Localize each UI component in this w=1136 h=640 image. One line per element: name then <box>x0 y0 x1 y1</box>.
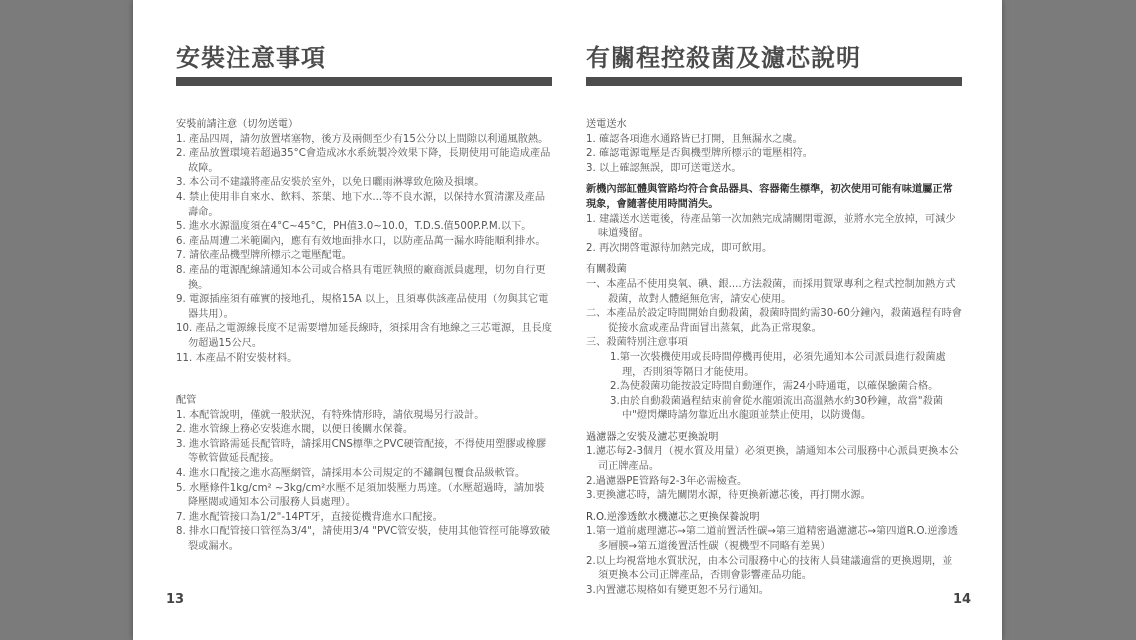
list-item: 5. 水壓條件1kg/cm² ~3kg/cm²水壓不足須加裝壓力馬達。（水壓超過… <box>176 482 552 511</box>
page-title: 安裝注意事項 <box>176 38 326 73</box>
title-divider <box>176 77 552 86</box>
page-title: 有關程控殺菌及濾芯說明 <box>586 38 861 73</box>
document-spread: 安裝注意事項 安裝前請注意（切勿送電） 1. 產品四周，請勿放置堵塞物，後方及兩… <box>133 0 1002 640</box>
section-heading: 安裝前請注意（切勿送電） <box>176 118 552 133</box>
list-item: 1. 本配管說明，僅就一般狀況，有特殊情形時，請依現場另行設計。 <box>176 409 552 424</box>
list-item: 2. 再次開啓電源待加熱完成，即可飲用。 <box>586 242 962 257</box>
list-item: 2. 進水管線上務必安裝進水閥，以便日後關水保養。 <box>176 423 552 438</box>
sub-list-item: 2.為使殺菌功能按設定時間自動運作，需24小時通電，以確保驗菌合格。 <box>586 380 962 395</box>
list-item: 3. 本公司不建議將產品安裝於室外，以免日曬雨淋導致危險及損壞。 <box>176 176 552 191</box>
list-item: 一、本產品不使用臭氧、碘、銀....方法殺菌，而採用賀眾專利之程式控制加熱方式殺… <box>586 278 962 307</box>
list-item: 9. 電源插座須有確實的接地孔，規格15A 以上，且須專供該產品使用（勿與其它電… <box>176 293 552 322</box>
sub-list-item: 3.由於自動殺菌過程結束前會從水龍頭流出高溫熱水約30秒鐘，故當"殺菌中"燈閃爍… <box>586 395 962 424</box>
list-item: 4. 禁止使用非自來水、飲料、茶葉、地下水...等不良水源，以保持水質清潔及產品… <box>176 191 552 220</box>
list-item: 2.過濾器PE管路每2-3年必需檢查。 <box>586 475 962 490</box>
section-heading: 有關殺菌 <box>586 263 962 278</box>
list-item: 7. 進水配管接口為1/2"-14PT牙，直接從機背進水口配接。 <box>176 511 552 526</box>
list-item: 二、本產品於設定時間開始自動殺菌，殺菌時間約需30-60分鐘內，殺菌過程有時會從… <box>586 307 962 336</box>
section-heading: R.O.逆滲透飲水機濾芯之更換保養說明 <box>586 511 962 526</box>
list-item: 3.內置濾芯規格如有變更恕不另行通知。 <box>586 584 962 599</box>
title-divider <box>586 77 962 86</box>
list-item: 8. 產品的電源配線請通知本公司或合格具有電匠執照的廠商派員處理，切勿自行更換。 <box>176 264 552 293</box>
page-content: 送電送水 1. 確認各項進水通路皆已打開，且無漏水之虞。 2. 確認電源電壓是否… <box>586 118 962 598</box>
list-item: 三、殺菌特別注意事項 <box>586 336 962 351</box>
page-number: 14 <box>953 592 971 607</box>
list-item: 11. 本產品不附安裝材料。 <box>176 352 552 367</box>
list-item: 5. 進水水源溫度須在4°C~45°C，PH值3.0~10.0，T.D.S.值5… <box>176 220 552 235</box>
list-item: 7. 請依產品機型牌所標示之電壓配電。 <box>176 249 552 264</box>
page-14: 有關程控殺菌及濾芯說明 送電送水 1. 確認各項進水通路皆已打開，且無漏水之虞。… <box>586 0 962 640</box>
list-item: 1. 產品四周，請勿放置堵塞物，後方及兩側至少有15公分以上間隙以利通風散熱。 <box>176 133 552 148</box>
sub-list-item: 1.第一次裝機使用或長時間停機再使用，必須先通知本公司派員進行殺菌處理，否則須等… <box>586 351 962 380</box>
list-item: 2.以上均視當地水質狀況，由本公司服務中心的技術人員建議適當的更換週期，並須更換… <box>586 555 962 584</box>
list-item: 8. 排水口配管接口管徑為3/4"，請使用3/4 "PVC管安裝，使用其他管徑可… <box>176 525 552 554</box>
list-item: 3.更換濾芯時，請先關閉水源，待更換新濾芯後，再打開水源。 <box>586 489 962 504</box>
list-item: 1.第一道前處理濾芯→第二道前置活性碳→第三道精密過濾濾芯→第四道R.O.逆滲透… <box>586 525 962 554</box>
page-13: 安裝注意事項 安裝前請注意（切勿送電） 1. 產品四周，請勿放置堵塞物，後方及兩… <box>176 0 552 640</box>
list-item: 4. 進水口配接之進水高壓網管，請採用本公司規定的不鏽鋼包覆食品級軟管。 <box>176 467 552 482</box>
section-heading: 送電送水 <box>586 118 962 133</box>
section-heading: 新機內部缸體與管路均符合食品器具、容器衛生標準，初次使用可能有味道屬正常現象，會… <box>586 183 962 212</box>
page-number: 13 <box>166 592 184 607</box>
list-item: 3. 以上確認無誤，即可送電送水。 <box>586 162 962 177</box>
list-item: 1.濾芯每2-3個月（視水質及用量）必須更換，請通知本公司服務中心派員更換本公司… <box>586 445 962 474</box>
list-item: 2. 確認電源電壓是否與機型牌所標示的電壓相符。 <box>586 147 962 162</box>
list-item: 10. 產品之電源線長度不足需要增加延長線時，須採用含有地線之三芯電源，且長度勿… <box>176 322 552 351</box>
section-heading: 配管 <box>176 394 552 409</box>
page-content: 安裝前請注意（切勿送電） 1. 產品四周，請勿放置堵塞物，後方及兩側至少有15公… <box>176 118 552 555</box>
list-item: 3. 進水管路需延長配管時，請採用CNS標準之PVC硬管配接，不得使用塑膠或橡膠… <box>176 438 552 467</box>
list-item: 6. 產品周遭二米範圍內，應有有效地面排水口，以防產品萬一漏水時能順利排水。 <box>176 235 552 250</box>
section-heading: 過濾器之安裝及濾芯更換說明 <box>586 431 962 446</box>
list-item: 2. 產品放置環境若超過35°C會造成冰水系統製冷效果下降，長期使用可能造成產品… <box>176 147 552 176</box>
list-item: 1. 建議送水送電後，待產品第一次加熱完成請關閉電源，並將水完全放掉，可減少味道… <box>586 213 962 242</box>
list-item: 1. 確認各項進水通路皆已打開，且無漏水之虞。 <box>586 133 962 148</box>
